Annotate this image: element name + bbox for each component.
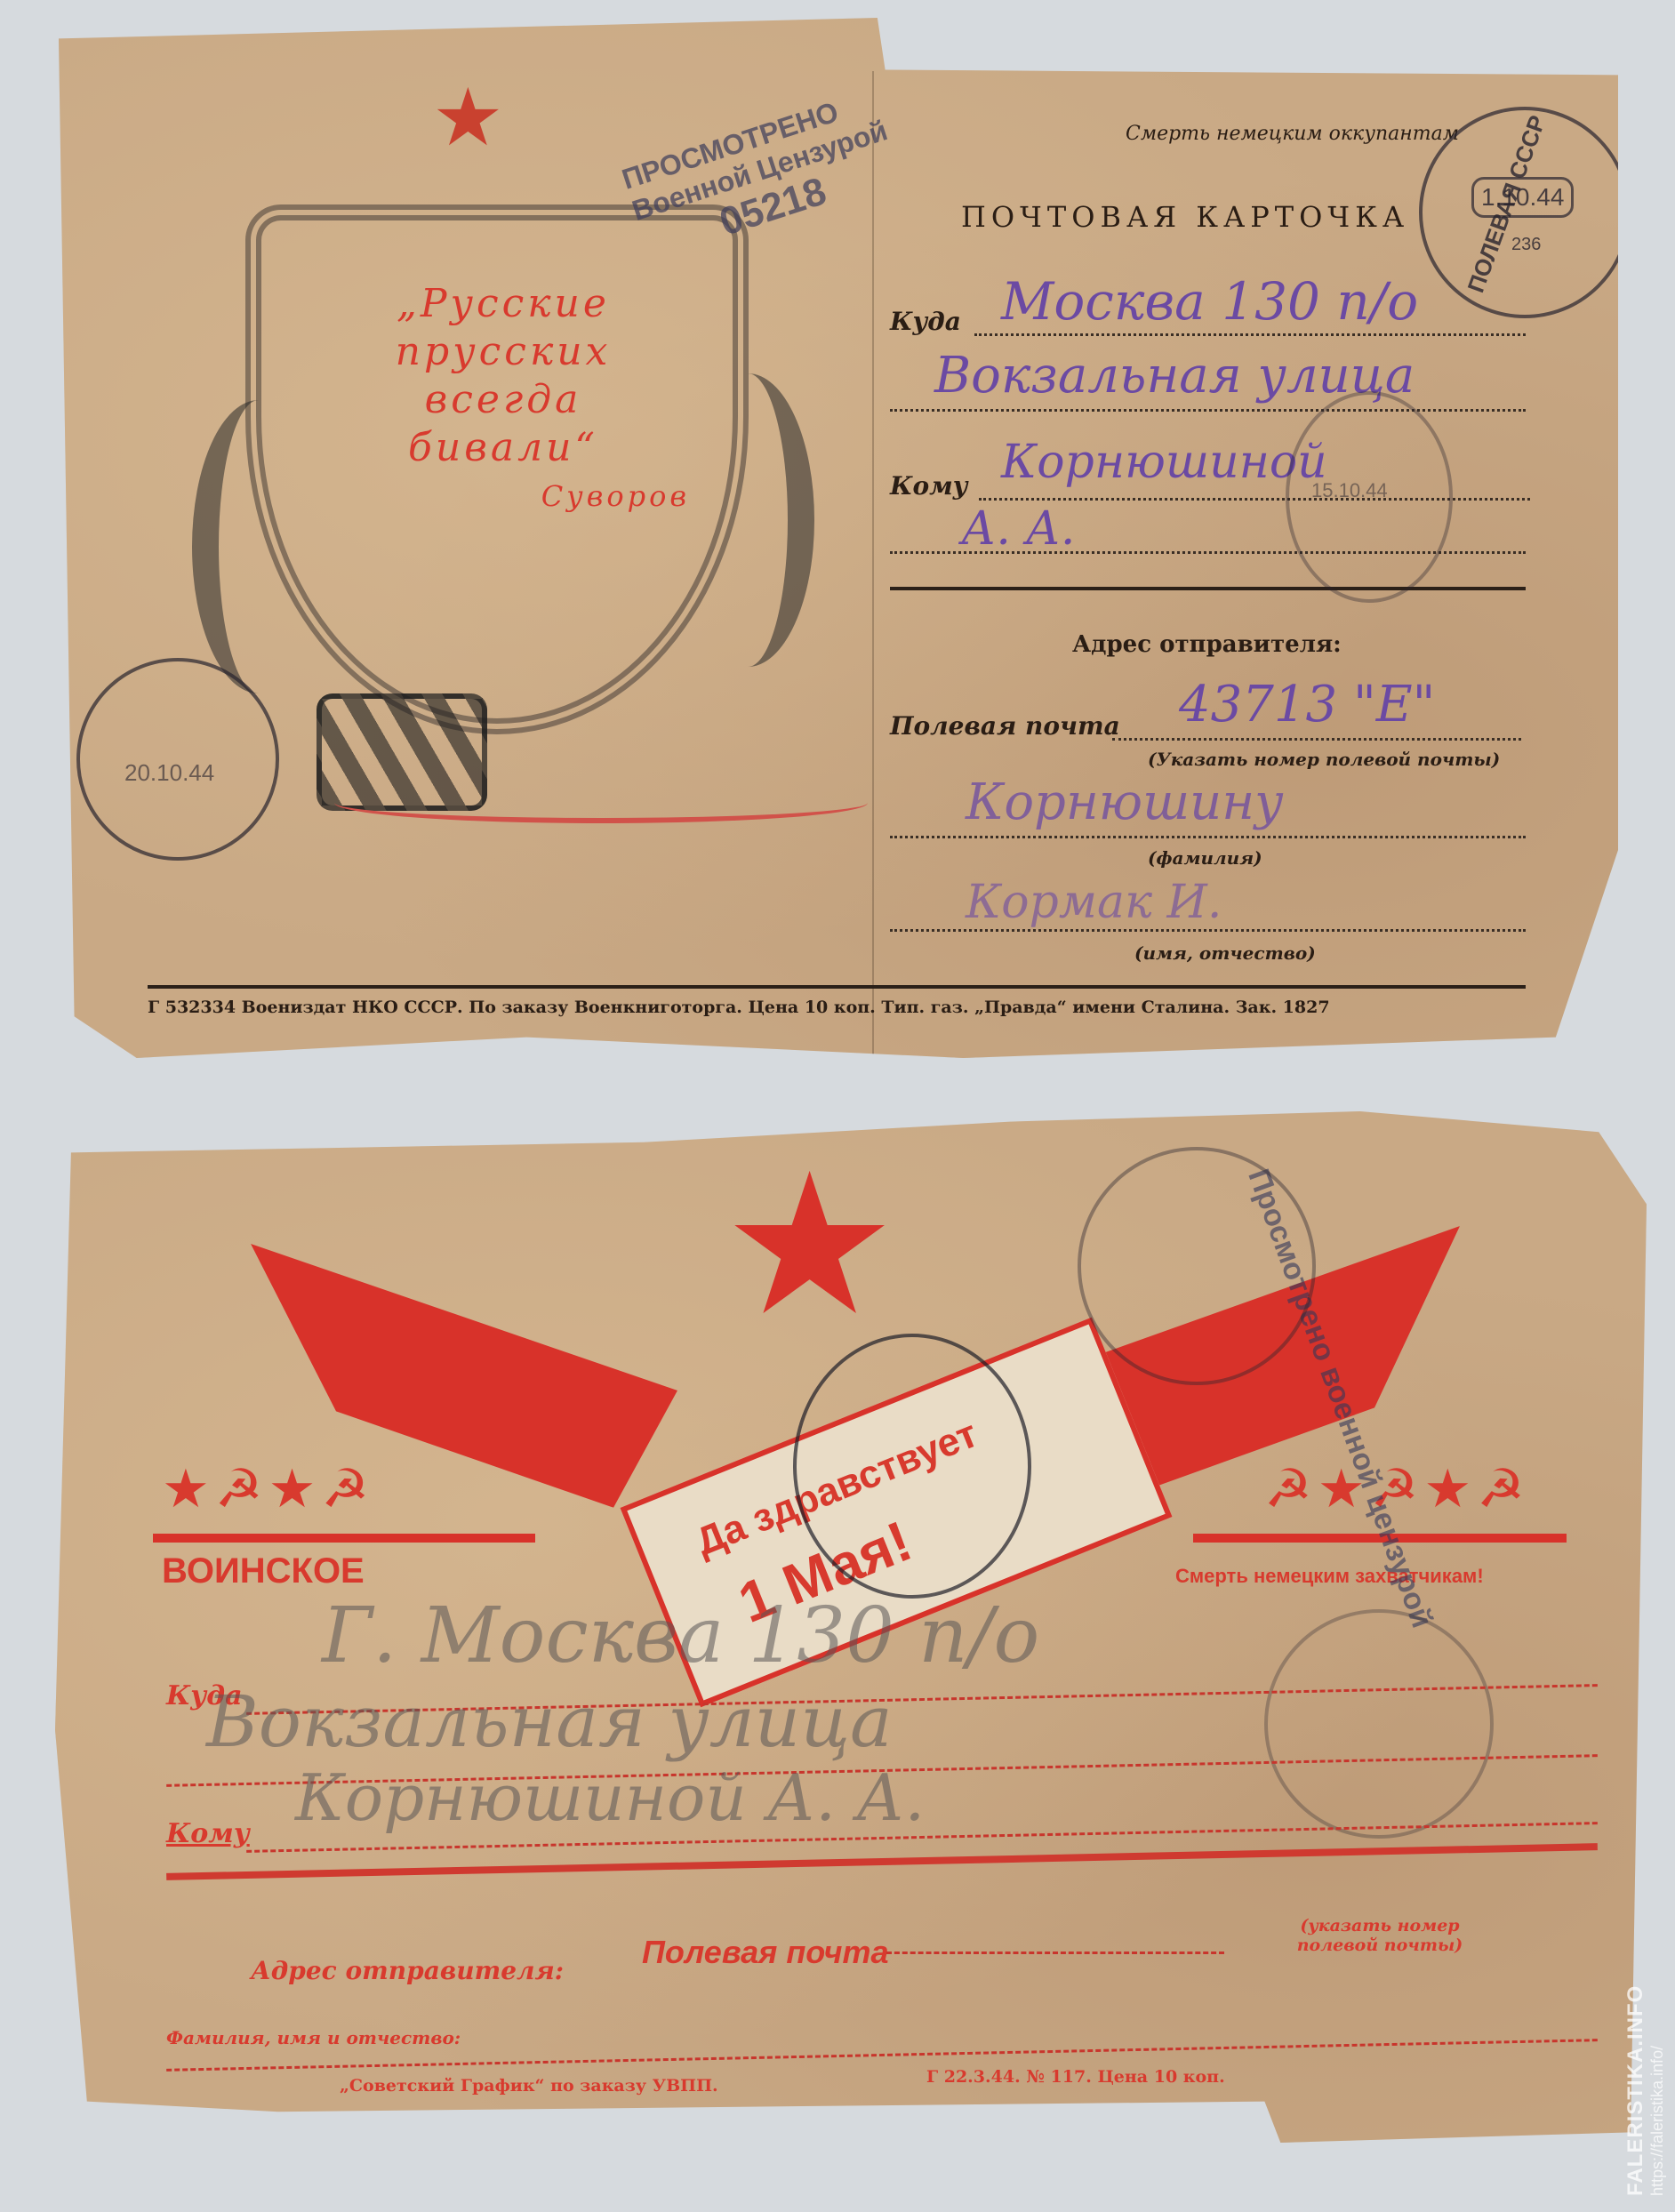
laurel-left-icon xyxy=(192,400,325,693)
divider xyxy=(890,587,1526,590)
to-label: Куда xyxy=(890,307,961,336)
imprint-right: Г 22.3.44. № 117. Цена 10 коп. xyxy=(926,2067,1225,2087)
to-line-1-handwriting: Москва 130 п/о xyxy=(1001,271,1418,332)
sender-label: Адрес отправителя: xyxy=(251,1956,564,1985)
shield-slogan: „Русские прусских всегда бивали“ Суворов xyxy=(308,280,699,520)
postmark-date: 20.10.44 xyxy=(124,759,214,787)
watermark: FALERISTIKA.INFO https://faleristika.inf… xyxy=(1623,1985,1667,2196)
sender-heading: Адрес отправителя: xyxy=(1072,631,1342,658)
postmark-center xyxy=(793,1334,1031,1599)
surname-line xyxy=(890,836,1526,838)
postcard-title: ПОЧТОВАЯ КАРТОЧКА xyxy=(961,200,1409,234)
slogan-line: „Русские xyxy=(308,280,699,328)
postmark-arrival xyxy=(1264,1609,1494,1839)
to-line-1-handwriting: Г. Москва 130 п/о xyxy=(322,1591,1039,1680)
slogan-line: всегда xyxy=(308,376,699,424)
censor-stamp: ПРОСМОТРЕНО Военной Цензурой 05218 xyxy=(618,72,940,270)
red-ribbon xyxy=(334,782,868,823)
field-post-label: Полевая почта xyxy=(642,1934,889,1971)
slogan: Смерть немецким захватчикам! xyxy=(1175,1565,1484,1588)
postmark-field: ПОЛЕВАЯ СССР 1.10.44 236 xyxy=(1419,107,1631,318)
whom-label: Кому xyxy=(166,1818,250,1849)
imprint-left: „Советский График“ по заказу УВПП. xyxy=(340,2076,718,2096)
fold-line xyxy=(872,71,874,1058)
imprint-rule xyxy=(148,985,1526,989)
name-hint: (имя, отчество) xyxy=(1134,942,1316,964)
laurel-right-icon xyxy=(681,373,814,667)
whom-line-2-handwriting: А. А. xyxy=(961,502,1075,556)
field-post-label: Полевая почта xyxy=(890,711,1120,741)
to-line-2 xyxy=(890,409,1526,412)
field-post-hint: (Указать номер полевой почты) xyxy=(1148,749,1500,770)
watermark-url: https://faleristika.info/ xyxy=(1648,1985,1667,2196)
red-star-icon: ★ xyxy=(722,1147,897,1342)
imprint-text: Г 532334 Воениздат НКО СССР. По заказу В… xyxy=(148,998,1330,1017)
postcard-top: ★ „Русские прусских всегда бивали“ Сувор… xyxy=(59,18,1618,1058)
red-star-icon: ★ xyxy=(432,71,504,164)
name-handwriting: Кормак И. xyxy=(966,876,1222,929)
arrow-left xyxy=(153,1534,535,1543)
to-line-2-handwriting: Вокзальная улица xyxy=(206,1680,893,1763)
surname-hint: (фамилия) xyxy=(1148,847,1262,869)
postmark-left: 20.10.44 xyxy=(76,658,279,861)
postmark-field-number: 236 xyxy=(1511,235,1541,255)
postmark-field-date: 1.10.44 xyxy=(1471,177,1574,218)
postmark-arrival: 15.10.44 xyxy=(1286,391,1453,603)
slogan-author: Суворов xyxy=(308,472,699,520)
slogan-line: бивали“ xyxy=(308,424,699,472)
watermark-site-name: FALERISTIKA.INFO xyxy=(1623,1985,1648,2196)
postmark-top-right xyxy=(1078,1147,1316,1385)
name-line xyxy=(890,929,1526,932)
fio-label: Фамилия, имя и отчество: xyxy=(166,2027,461,2048)
top-slogan: Смерть немецким оккупантам xyxy=(1126,123,1459,145)
surname-handwriting: Корнюшину xyxy=(966,773,1284,831)
to-line-1 xyxy=(974,333,1526,336)
stars-row-left: ★☭★☭ xyxy=(162,1458,374,1520)
field-post-line xyxy=(1112,738,1521,741)
card-heading: ВОИНСКОЕ xyxy=(162,1551,365,1591)
field-post-handwriting: 43713 "Е" xyxy=(1179,676,1435,733)
whom-line-1-handwriting: Корнюшиной А. А. xyxy=(295,1760,925,1835)
field-post-line xyxy=(886,1952,1224,1954)
postmark-arrival-date: 15.10.44 xyxy=(1311,479,1388,502)
whom-label: Кому xyxy=(890,471,968,501)
slogan-line: прусских xyxy=(308,328,699,376)
field-post-hint: (указать номер полевой почты) xyxy=(1264,1916,1495,1955)
postcard-bottom: ★ Да здравствует 1 Мая! ★☭★☭ ☭★☭★☭ ВОИНС… xyxy=(55,1111,1647,2143)
whom-line-1-handwriting: Корнюшиной xyxy=(1001,436,1327,489)
